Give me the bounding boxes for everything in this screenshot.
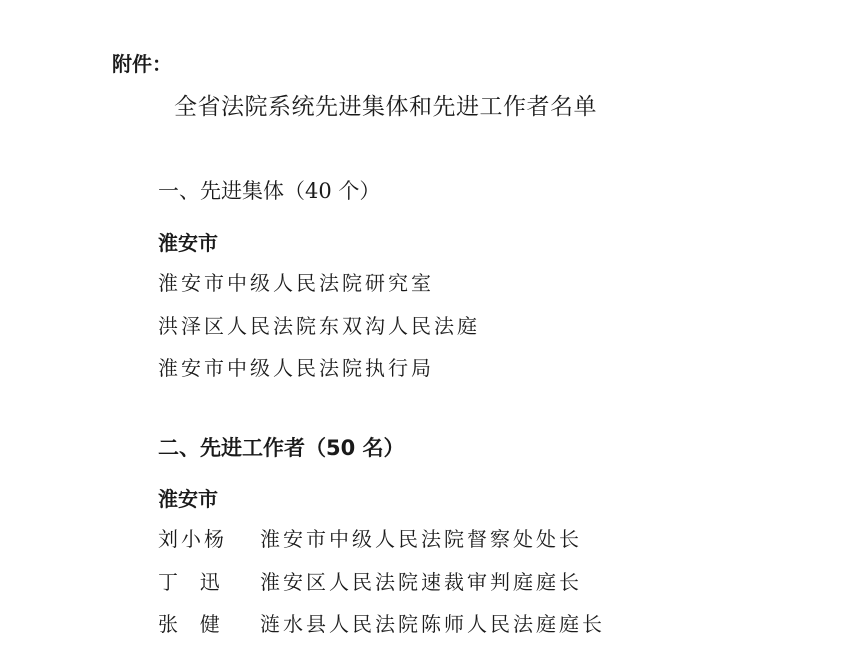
list-item: 洪泽区人民法院东双沟人民法庭 [158, 310, 480, 339]
person-title: 淮安区人民法院速裁审判庭庭长 [260, 566, 582, 595]
person-title: 淮安市中级人民法院督察处处长 [260, 523, 582, 552]
person-title: 涟水县人民法院陈师人民法庭庭长 [260, 608, 605, 637]
person-name: 刘小杨 [158, 523, 253, 552]
person-name: 丁 迅 [158, 566, 253, 595]
section-heading: 一、先进集体（40 个） [158, 175, 380, 205]
person-name: 张 健 [158, 608, 253, 637]
attachment-label: 附件： [112, 48, 172, 77]
city-heading: 淮安市 [158, 483, 218, 512]
list-item: 淮安市中级人民法院执行局 [158, 352, 434, 381]
document-title: 全省法院系统先进集体和先进工作者名单 [174, 88, 597, 121]
section-heading: 二、先进工作者（50 名） [158, 432, 405, 462]
city-heading: 淮安市 [158, 227, 218, 256]
list-item: 淮安市中级人民法院研究室 [158, 267, 434, 296]
